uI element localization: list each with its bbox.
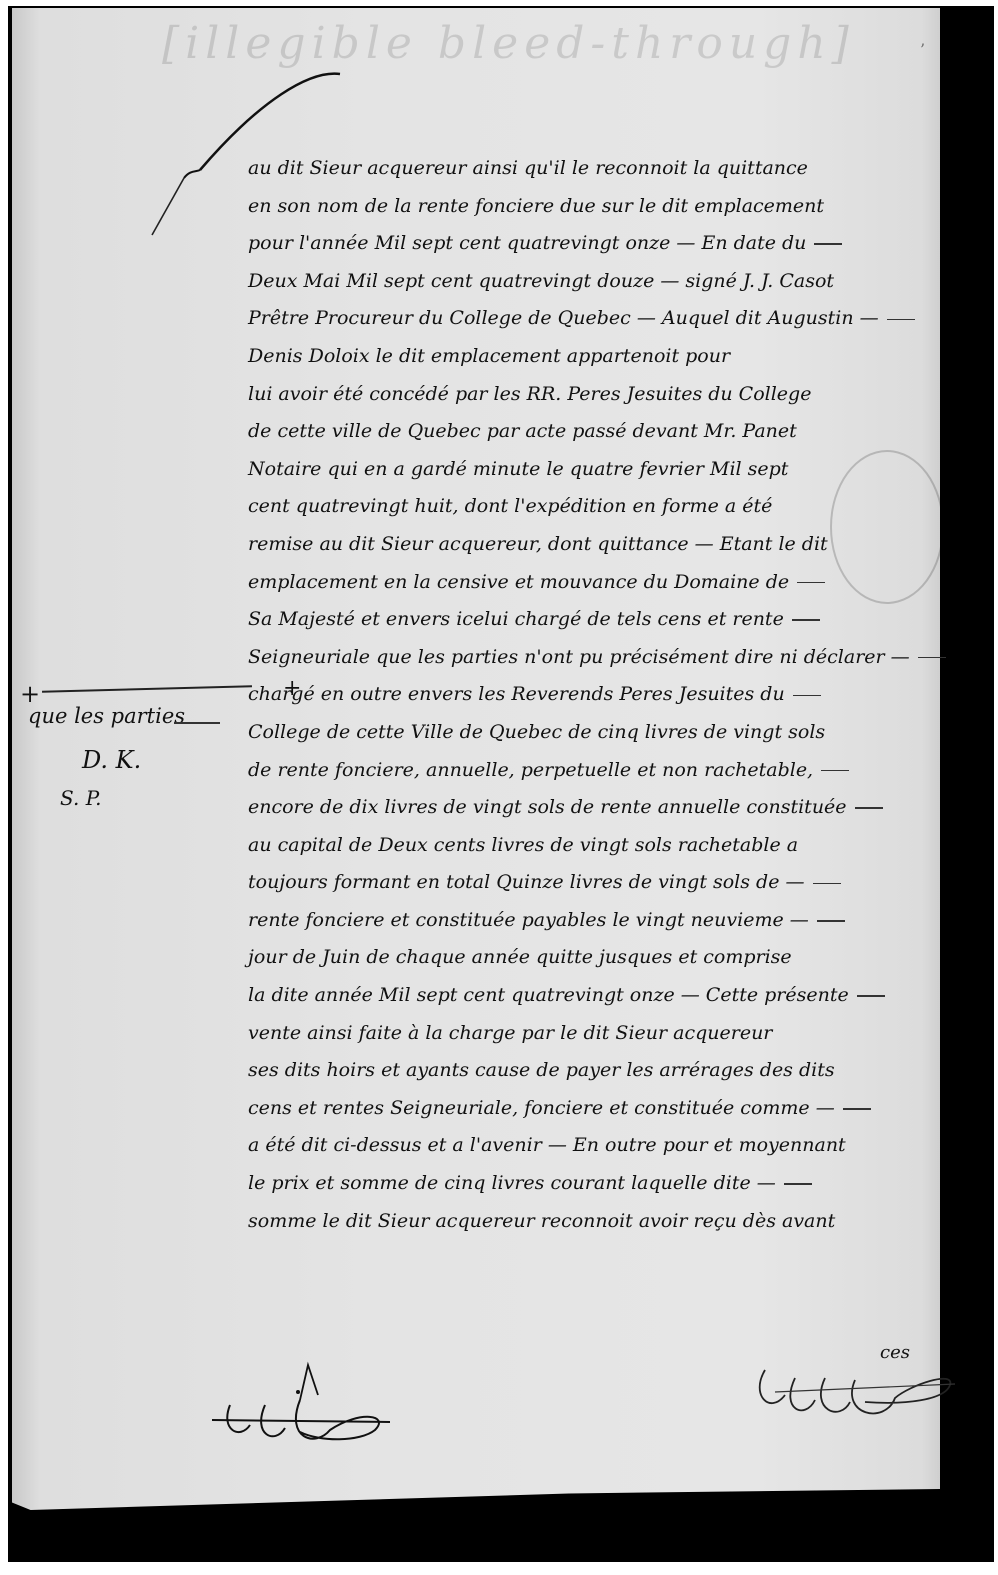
line-text: au dit Sieur acquereur ainsi qu'il le re… <box>248 157 808 179</box>
line-text: Sa Majesté et envers icelui chargé de te… <box>248 608 784 630</box>
margin-paraph: S. P. <box>60 786 101 810</box>
line-text: lui avoir été concédé par les RR. Peres … <box>248 383 811 405</box>
manuscript-line: ses dits hoirs et ayants cause de payer … <box>248 1052 938 1090</box>
line-text: Seigneuriale que les parties n'ont pu pr… <box>248 646 910 668</box>
line-text: de rente fonciere, annuelle, perpetuelle… <box>248 759 813 781</box>
line-filler-dash <box>797 582 825 584</box>
line-filler-dash <box>784 1183 812 1185</box>
line-text: emplacement en la censive et mouvance du… <box>248 571 789 593</box>
manuscript-line: Notaire qui en a gardé minute le quatre … <box>248 451 938 489</box>
line-filler-dash <box>817 920 845 922</box>
signature-left <box>190 1360 420 1460</box>
line-text: College de cette Ville de Quebec de cinq… <box>248 721 825 743</box>
line-filler-dash <box>918 657 946 659</box>
manuscript-line: Prêtre Procureur du College de Quebec — … <box>248 300 938 338</box>
manuscript-line: lui avoir été concédé par les RR. Peres … <box>248 376 938 414</box>
manuscript-line: chargé en outre envers les Reverends Per… <box>248 676 938 714</box>
line-filler-dash <box>843 1108 871 1110</box>
line-text: Prêtre Procureur du College de Quebec — … <box>248 307 879 329</box>
manuscript-line: somme le dit Sieur acquereur reconnoit a… <box>248 1203 938 1241</box>
signature-right <box>745 1350 975 1430</box>
line-filler-dash <box>821 770 849 772</box>
manuscript-line: cens et rentes Seigneuriale, fonciere et… <box>248 1090 938 1128</box>
line-text: en son nom de la rente fonciere due sur … <box>248 195 824 217</box>
manuscript-line: au dit Sieur acquereur ainsi qu'il le re… <box>248 150 938 188</box>
line-text: toujours formant en total Quinze livres … <box>248 871 805 893</box>
line-text: a été dit ci-dessus et a l'avenir — En o… <box>248 1134 846 1156</box>
manuscript-line: au capital de Deux cents livres de vingt… <box>248 827 938 865</box>
manuscript-line: la dite année Mil sept cent quatrevingt … <box>248 977 938 1015</box>
line-text: vente ainsi faite à la charge par le dit… <box>248 1022 772 1044</box>
margin-dash <box>174 722 220 724</box>
line-filler-dash <box>855 807 883 809</box>
margin-text: que les parties <box>28 704 185 728</box>
line-filler-dash <box>857 995 885 997</box>
line-text: cent quatrevingt huit, dont l'expédition… <box>248 495 772 517</box>
manuscript-line: rente fonciere et constituée payables le… <box>248 902 938 940</box>
manuscript-line: de rente fonciere, annuelle, perpetuelle… <box>248 752 938 790</box>
manuscript-line: en son nom de la rente fonciere due sur … <box>248 188 938 226</box>
manuscript-line: Seigneuriale que les parties n'ont pu pr… <box>248 639 938 677</box>
line-text: remise au dit Sieur acquereur, dont quit… <box>248 533 828 555</box>
manuscript-line: a été dit ci-dessus et a l'avenir — En o… <box>248 1127 938 1165</box>
line-text: Deux Mai Mil sept cent quatrevingt douze… <box>248 270 834 292</box>
line-text: Denis Doloix le dit emplacement apparten… <box>248 345 730 367</box>
manuscript-line: remise au dit Sieur acquereur, dont quit… <box>248 526 938 564</box>
line-text: somme le dit Sieur acquereur reconnoit a… <box>248 1210 835 1232</box>
manuscript-line: Denis Doloix le dit emplacement apparten… <box>248 338 938 376</box>
line-text: rente fonciere et constituée payables le… <box>248 909 809 931</box>
manuscript-line: vente ainsi faite à la charge par le dit… <box>248 1015 938 1053</box>
line-text: de cette ville de Quebec par acte passé … <box>248 420 797 442</box>
manuscript-line: Sa Majesté et envers icelui chargé de te… <box>248 601 938 639</box>
manuscript-line: de cette ville de Quebec par acte passé … <box>248 413 938 451</box>
line-text: chargé en outre envers les Reverends Per… <box>248 683 785 705</box>
line-text: ses dits hoirs et ayants cause de payer … <box>248 1059 835 1081</box>
line-filler-dash <box>887 319 915 321</box>
line-text: pour l'année Mil sept cent quatrevingt o… <box>248 232 806 254</box>
margin-initials: D. K. <box>82 746 141 774</box>
manuscript-line: le prix et somme de cinq livres courant … <box>248 1165 938 1203</box>
line-filler-dash <box>814 243 842 245</box>
line-text: cens et rentes Seigneuriale, fonciere et… <box>248 1097 835 1119</box>
line-filler-dash <box>793 695 821 697</box>
manuscript-line: pour l'année Mil sept cent quatrevingt o… <box>248 225 938 263</box>
manuscript-line: emplacement en la censive et mouvance du… <box>248 564 938 602</box>
manuscript-line: toujours formant en total Quinze livres … <box>248 864 938 902</box>
deed-body: au dit Sieur acquereur ainsi qu'il le re… <box>248 150 938 1240</box>
manuscript-line: jour de Juin de chaque année quitte jusq… <box>248 939 938 977</box>
line-text: la dite année Mil sept cent quatrevingt … <box>248 984 849 1006</box>
line-text: Notaire qui en a gardé minute le quatre … <box>248 458 788 480</box>
manuscript-line: Deux Mai Mil sept cent quatrevingt douze… <box>248 263 938 301</box>
manuscript-line: College de cette Ville de Quebec de cinq… <box>248 714 938 752</box>
line-text: au capital de Deux cents livres de vingt… <box>248 834 798 856</box>
line-text: encore de dix livres de vingt sols de re… <box>248 796 847 818</box>
line-text: jour de Juin de chaque année quitte jusq… <box>248 946 792 968</box>
line-filler-dash <box>813 883 841 885</box>
manuscript-line: encore de dix livres de vingt sols de re… <box>248 789 938 827</box>
line-filler-dash <box>792 619 820 621</box>
insertion-mark: + <box>283 676 301 701</box>
manuscript-line: cent quatrevingt huit, dont l'expédition… <box>248 488 938 526</box>
line-text: le prix et somme de cinq livres courant … <box>248 1172 776 1194</box>
margin-ink-marks: ’ <box>920 40 925 59</box>
